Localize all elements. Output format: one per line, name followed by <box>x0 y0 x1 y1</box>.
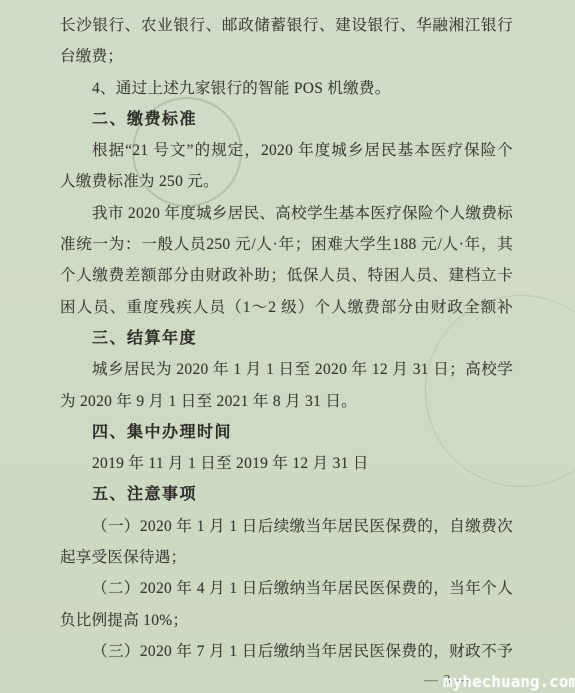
text-line: 我市 2020 年度城乡居民、高校学生基本医疗保险个人缴费标 <box>60 198 513 229</box>
text-line: 长沙银行、农业银行、邮政储蓄银行、建设银行、华融湘江银行柜 <box>60 10 513 41</box>
text-line: 负比例提高 10%； <box>60 605 513 636</box>
text-line: 4、通过上述九家银行的智能 POS 机缴费。 <box>60 73 513 104</box>
section-heading: 五、注意事项 <box>60 479 513 510</box>
text-line: 台缴费； <box>60 41 513 72</box>
section-heading: 二、缴费标准 <box>60 104 513 135</box>
text-line: 根据“21 号文”的规定，2020 年度城乡居民基本医疗保险个 <box>60 135 513 166</box>
text-line: 起享受医保待遇； <box>60 542 513 573</box>
text-line: （一）2020 年 1 月 1 日后续缴当年居民医保费的，自缴费次日 <box>60 511 513 542</box>
text-line: 为 2020 年 9 月 1 日至 2021 年 8 月 31 日。 <box>60 386 513 417</box>
text-line: 2019 年 11 月 1 日至 2019 年 12 月 31 日 <box>60 448 513 479</box>
text-line: （三）2020 年 7 月 1 日后缴纳当年居民医保费的，财政不予补 <box>60 636 513 667</box>
section-heading: 三、结算年度 <box>60 323 513 354</box>
text-line: 人缴费标准为 250 元。 <box>60 166 513 197</box>
document-body: 长沙银行、农业银行、邮政储蓄银行、建设银行、华融湘江银行柜台缴费；4、通过上述九… <box>60 10 513 667</box>
watermark: myhechuang.com <box>443 672 575 691</box>
scanned-document-page: 长沙银行、农业银行、邮政储蓄银行、建设银行、华融湘江银行柜台缴费；4、通过上述九… <box>0 0 575 693</box>
section-heading: 四、集中办理时间 <box>60 417 513 448</box>
text-line: （二）2020 年 4 月 1 日后缴纳当年居民医保费的，当年个人自 <box>60 573 513 604</box>
text-line: 困人员、重度残疾人员（1～2 级）个人缴费部分由财政全额补助。 <box>60 292 513 323</box>
text-line: 城乡居民为 2020 年 1 月 1 日至 2020 年 12 月 31 日；高… <box>60 354 513 385</box>
text-line: 准统一为：一般人员250 元/人·年；困难大学生188 元/人·年，其 <box>60 229 513 260</box>
text-line: 个人缴费差额部分由财政补助；低保人员、特困人员、建档立卡贫 <box>60 260 513 291</box>
